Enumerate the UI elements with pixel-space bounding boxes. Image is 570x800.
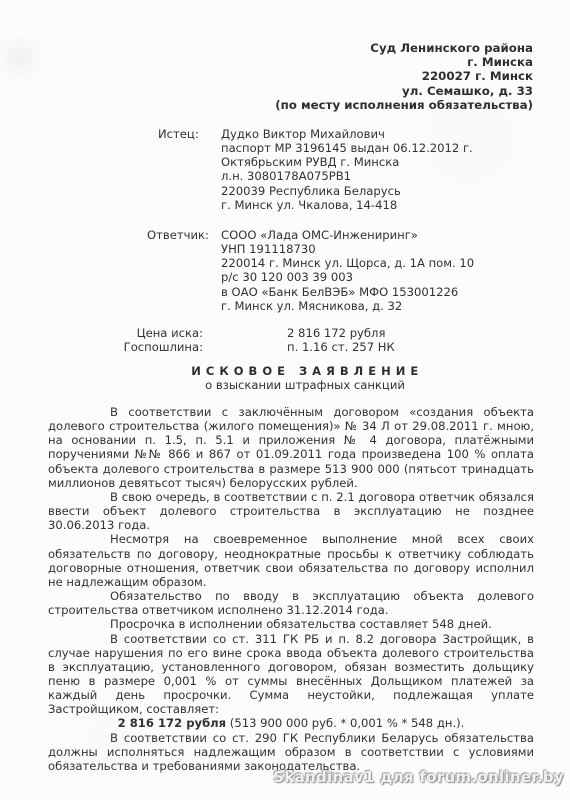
defendant-account: р/с 30 120 003 39 003 [221,270,474,284]
paragraph-breach: Несмотря на своевременное выполнение мно… [48,532,534,589]
document-subtitle: о взыскании штрафных санкций [40,378,570,392]
court-line: г. Минска [275,55,533,69]
paragraph-delay-days: Просрочка в исполнении обязательства сос… [48,617,534,631]
court-address-block: Суд Ленинского района г. Минска 220027 г… [275,41,533,112]
paragraph-payment: В соответствии с заключённым договором «… [48,405,534,490]
plaintiff-label: Истец: [158,127,199,141]
state-fee-value: п. 1.16 ст. 257 НК [287,340,395,354]
penalty-calculation-line: 2 816 172 рубля (513 900 000 руб. * 0,00… [48,716,534,730]
defendant-label: Ответчик: [147,228,209,242]
defendant-address: 220014 г. Минск ул. Щорса, д. 1А пом. 10 [221,256,474,270]
paragraph-deadline: В свою очередь, в соответствии с п. 2.1 … [48,490,534,532]
penalty-amount: 2 816 172 рубля [118,716,226,730]
document-body: В соответствии с заключённым договором «… [48,405,534,773]
defendant-name: СООО «Лада ОМС-Инжениринг» [221,228,474,242]
document-title: И С К О В О Е З А Я В Л Е Н И Е [40,364,570,378]
plaintiff-details: Дудко Виктор Михайлович паспорт МР 31961… [221,127,473,212]
defendant-details: СООО «Лада ОМС-Инжениринг» УНП 191118730… [221,228,474,313]
defendant-bank: в ОАО «Банк БелВЭБ» МФО 153001226 [221,285,474,299]
penalty-formula: (513 900 000 руб. * 0,001 % * 548 дн.). [226,716,464,730]
court-line: 220027 г. Минск [275,69,533,83]
plaintiff-name: Дудко Виктор Михайлович [221,127,473,141]
plaintiff-address: г. Минск ул. Чкалова, 14-418 [221,198,473,212]
paragraph-actual-completion: Обязательство по вводу в эксплуатацию об… [48,589,534,617]
court-line: Суд Ленинского района [275,41,533,55]
plaintiff-passport-issuer: Октябрьским РУВД г. Минска [221,155,473,169]
plaintiff-id-number: л.н. 3080178А075РВ1 [221,169,473,183]
state-fee-label: Госпошлина: [98,340,203,354]
court-line: ул. Семашко, д. 33 [275,84,533,98]
claim-price-label: Цена иска: [98,326,203,340]
claim-price-value: 2 816 172 рубля [287,326,385,340]
court-line: (по месту исполнения обязательства) [275,98,533,112]
paragraph-closing: В соответствии со ст. 290 ГК Республики … [48,731,534,773]
plaintiff-country: 220039 Республика Беларусь [221,184,473,198]
plaintiff-passport: паспорт МР 3196145 выдан 06.12.2012 г. [221,141,473,155]
paragraph-penalty-basis: В соответствии со ст. 311 ГК РБ и п. 8.2… [48,632,534,717]
defendant-unp: УНП 191118730 [221,242,474,256]
defendant-bank-address: г. Минск ул. Мясникова, д. 32 [221,299,474,313]
scanned-document-page: Суд Ленинского района г. Минска 220027 г… [0,0,570,800]
forum-watermark: Skandinav1 для forum.onliner.by [273,768,564,786]
